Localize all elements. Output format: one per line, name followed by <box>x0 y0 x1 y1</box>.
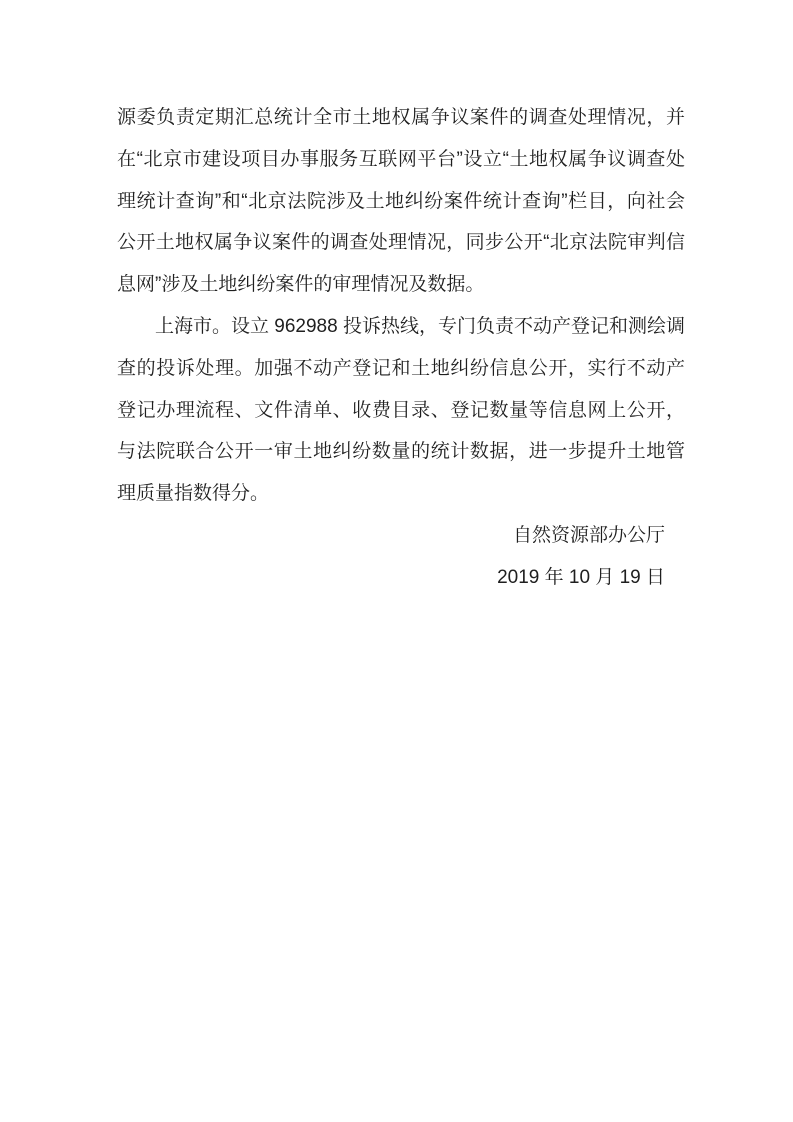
signature-organization: 自然资源部办公厅 <box>117 515 665 557</box>
paragraph-shanghai: 上海市。设立 962988 投诉热线，专门负责不动产登记和测绘调查的投诉处理。加… <box>117 306 685 515</box>
signature-block: 自然资源部办公厅 2019 年 10 月 19 日 <box>117 515 685 599</box>
document-page: 源委负责定期汇总统计全市土地权属争议案件的调查处理情况，并在“北京市建设项目办事… <box>0 0 793 1122</box>
signature-date: 2019 年 10 月 19 日 <box>117 557 665 599</box>
document-body: 源委负责定期汇总统计全市土地权属争议案件的调查处理情况，并在“北京市建设项目办事… <box>117 97 685 599</box>
paragraph-continuation: 源委负责定期汇总统计全市土地权属争议案件的调查处理情况，并在“北京市建设项目办事… <box>117 97 685 306</box>
